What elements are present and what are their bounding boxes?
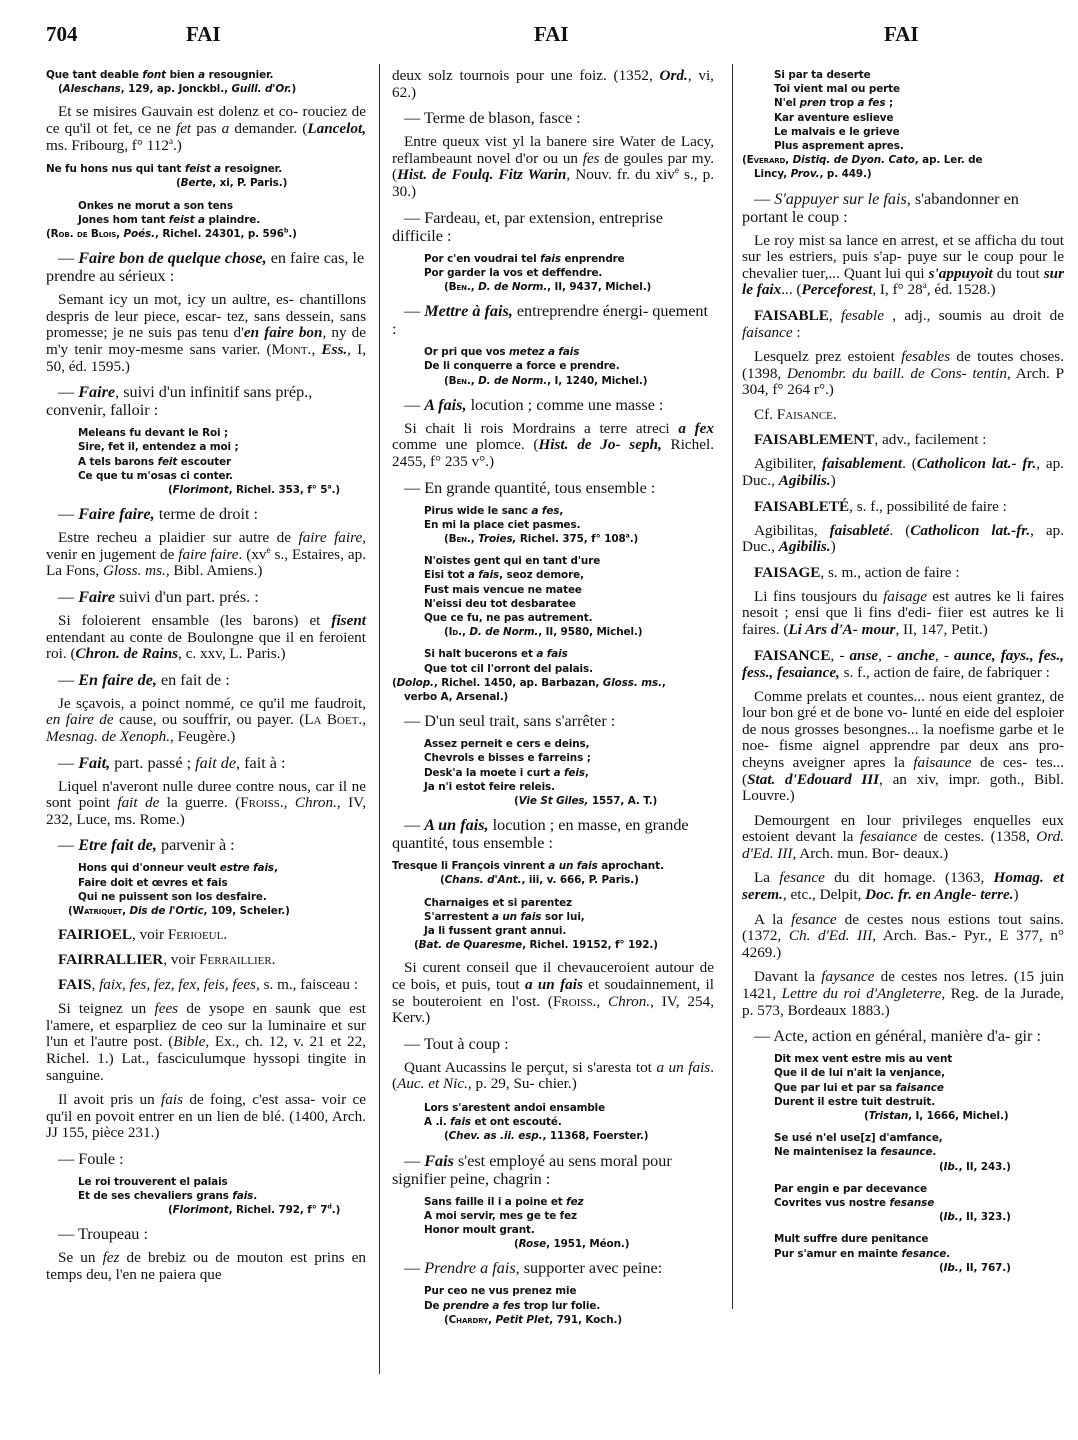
sense-heading: — Troupeau : (46, 1225, 366, 1243)
verse-line: Onkes ne morut a son tens (78, 199, 366, 213)
sense-heading: — En faire de, en fait de : (46, 671, 366, 689)
headword: FAIRRALLIER (58, 951, 163, 968)
verse-line: Que ce fu, ne pas autrement. (424, 611, 714, 625)
verse-line: Ne fu hons nus qui tant feist a resoigne… (46, 162, 366, 176)
verse-line: Durent il estre tuit destruit. (774, 1095, 1064, 1109)
sense-heading: — Terme de blason, fasce : (392, 109, 714, 127)
source-reference: (Chardry, Petit Plet, 791, Koch.) (424, 1313, 714, 1327)
verse-line: Eisi tot a fais, seoz demore, (424, 568, 714, 582)
verse-line: Dit mex vent estre mis au vent (774, 1052, 1064, 1066)
verse-quotation: Pur ceo ne vus prenez mieDe prendre a fe… (392, 1284, 714, 1327)
citation-paragraph: Quant Aucassins le perçut, si s'aresta t… (392, 1060, 714, 1093)
sense-heading: — Prendre a fais, supporter avec peine: (392, 1259, 714, 1277)
column-center: deux solz tournois pour une foiz. (1352,… (392, 68, 714, 1335)
sense-heading: — Faire, suivi d'un infinitif sans prép.… (46, 383, 366, 419)
verse-quotation: Se usé n'el use[z] d'amfance,Ne mainteni… (742, 1131, 1064, 1174)
verse-quotation: Ne fu hons nus qui tant feist a resoigne… (46, 162, 366, 190)
verse-quotation: Onkes ne morut a son tensJones hom tant … (46, 199, 366, 242)
citation-paragraph: Si curent conseil que il chevauceroient … (392, 960, 714, 1026)
dictionary-entry: FAISAGE, s. m., action de faire : (742, 564, 1064, 581)
verse-line: Que par lui et par sa faisance (774, 1081, 1064, 1095)
verse-line: S'arrestent a un fais sor lui, (424, 910, 714, 924)
verse-line: N'el pren trop a fes ; (774, 96, 1064, 110)
verse-line: Que il de lui n'ait la venjance, (774, 1066, 1064, 1080)
sense-heading: — S'appuyer sur le fais, s'abandonner en… (742, 190, 1064, 226)
verse-quotation: Par engin e par decevanceCovrites vus no… (742, 1182, 1064, 1225)
sense-heading: — Faire faire, terme de droit : (46, 505, 366, 523)
verse-line: Plus asprement apres. (774, 139, 1064, 153)
running-head-right: FAI (884, 22, 919, 47)
verse-line: Por garder la vos et deffendre. (424, 266, 714, 280)
verse-line: N'eissi deu tot desbaratee (424, 597, 714, 611)
verse-quotation: Charnaiges et si parentezS'arrestent a u… (392, 896, 714, 953)
verse-quotation: Pirus wide le sanc a fes,En mi la place … (392, 504, 714, 547)
source-reference: (Ben., Troies, Richel. 375, f° 108a.) (424, 532, 714, 546)
verse-line: Tresque li François vinrent a un fais ap… (392, 859, 714, 873)
verse-line: Ce que tu m'osas ci conter. (78, 469, 366, 483)
verse-line: Qui ne puissent son los desfaire. (78, 890, 366, 904)
column-divider (732, 64, 733, 1309)
verse-line: Meleans fu devant le Roi ; (78, 426, 366, 440)
running-head-center: FAI (534, 22, 569, 47)
verse-line: A moi servir, mes ge te fez (424, 1209, 714, 1223)
verse-quotation: Que tant deable font bien a resougnier.(… (46, 68, 366, 96)
verse-quotation: Si par ta deserteToi vient mal ou perteN… (742, 68, 1064, 182)
citation-paragraph: Cf. Faisance. (742, 407, 1064, 424)
verse-line: Kar aventure eslieve (774, 111, 1064, 125)
dictionary-entry: FAIS, faix, fes, fez, fex, feis, fees, s… (46, 976, 366, 993)
verse-line: De prendre a fes trop lur folie. (424, 1299, 714, 1313)
verse-quotation: Lors s'arestent andoi ensambleA .i. fais… (392, 1101, 714, 1144)
verse-line: Hons qui d'onneur veult estre fais, (78, 861, 366, 875)
source-reference: (Aleschans, 129, ap. Jonckbl., Guill. d'… (46, 82, 366, 96)
verse-line: A tels barons feit escouter (78, 455, 366, 469)
dictionary-entry: FAIRRALLIER, voir Ferraillier. (46, 951, 366, 968)
sense-heading: — Mettre à fais, entreprendre énergi- qu… (392, 302, 714, 338)
verse-quotation: Assez perneit e cers e deins,Chevrols e … (392, 737, 714, 808)
verse-line: Fust mais vencue ne matee (424, 583, 714, 597)
verse-quotation: Mult suffre dure penitancePur s'amur en … (742, 1232, 1064, 1275)
source-reference: (Bat. de Quaresme, Richel. 19152, f° 192… (414, 938, 714, 952)
source-reference: (Id., D. de Norm., II, 9580, Michel.) (424, 625, 714, 639)
verse-line: Or pri que vos metez a fais (424, 345, 714, 359)
column-left: Que tant deable font bien a resougnier.(… (46, 68, 366, 1292)
verse-line: Le malvais e le grieve (774, 125, 1064, 139)
verse-line: Desk'a la moete i curt a feis, (424, 766, 714, 780)
verse-quotation: Meleans fu devant le Roi ;Sire, fet il, … (46, 426, 366, 497)
headword: FAISANCE (754, 647, 831, 664)
verse-line: Si halt bucerons et a fais (424, 647, 714, 661)
sense-heading: — Acte, action en général, manière d'a- … (742, 1027, 1064, 1045)
dictionary-entry: FAISABLETÉ, s. f., possibilité de faire … (742, 498, 1064, 515)
verse-line: Por c'en voudrai tel fais enprendre (424, 252, 714, 266)
source-reference: (Rob. de Blois, Poés., Richel. 24301, p.… (46, 227, 366, 241)
verse-quotation: Tresque li François vinrent a un fais ap… (392, 859, 714, 887)
headword: FAISABLE (754, 307, 829, 324)
verse-line: Chevrols e bisses e farreins ; (424, 751, 714, 765)
verse-quotation: Sans faille il i a poine et fezA moi ser… (392, 1195, 714, 1252)
verse-quotation: Or pri que vos metez a faisDe li conquer… (392, 345, 714, 388)
citation-paragraph: Semant icy un mot, icy un aultre, es- ch… (46, 292, 366, 375)
sense-heading: — Fardeau, et, par extension, entreprise… (392, 209, 714, 245)
citation-paragraph: Se un fez de brebiz ou de mouton est pri… (46, 1250, 366, 1283)
verse-line: A .i. fais et ont escouté. (424, 1115, 714, 1129)
citation-paragraph: Lesquelz prez estoient fesables de toute… (742, 349, 1064, 399)
source-reference: (Ben., D. de Norm., II, 9437, Michel.) (424, 280, 714, 294)
source-reference: (Chev. as .ii. esp., 11368, Foerster.) (424, 1129, 714, 1143)
verse-line: Pirus wide le sanc a fes, (424, 504, 714, 518)
citation-paragraph: Je sçavois, a poinct nommé, ce qu'il me … (46, 696, 366, 746)
source-reference: (Tristan, I, 1666, Michel.) (774, 1109, 1064, 1123)
verse-line: Si par ta deserte (774, 68, 1064, 82)
citation-paragraph: La fesance du dit homage. (1363, Homag. … (742, 870, 1064, 903)
sense-heading: — Faire bon de quelque chose, en faire c… (46, 249, 366, 285)
citation-paragraph: Entre queux vist yl la banere sire Water… (392, 134, 714, 200)
verse-quotation: Hons qui d'onneur veult estre fais,Faire… (46, 861, 366, 918)
verse-line: Pur ceo ne vus prenez mie (424, 1284, 714, 1298)
sense-heading: — A un fais, locution ; en masse, en gra… (392, 816, 714, 852)
citation-paragraph: Estre recheu a plaidier sur autre de fai… (46, 530, 366, 580)
sense-heading: — Foule : (46, 1150, 366, 1168)
verse-quotation: Le roi trouverent el palaisEt de ses che… (46, 1175, 366, 1218)
source-reference: (Ben., D. de Norm., I, 1240, Michel.) (424, 374, 714, 388)
verse-line: Ne maintenisez la fesaunce. (774, 1145, 1064, 1159)
source-reference: (Ib., II, 323.) (774, 1210, 1064, 1224)
sense-heading: — Fais s'est employé au sens moral pour … (392, 1152, 714, 1188)
verse-line: N'oistes gent qui en tant d'ure (424, 554, 714, 568)
dictionary-entry: FAISABLEMENT, adv., facilement : (742, 431, 1064, 448)
sense-heading: — Tout à coup : (392, 1035, 714, 1053)
source-reference: (Ib., II, 767.) (774, 1261, 1064, 1275)
verse-line: Se usé n'el use[z] d'amfance, (774, 1131, 1064, 1145)
headword: FAISABLETÉ (754, 498, 849, 515)
verse-line: En mi la place ciet pasmes. (424, 518, 714, 532)
verse-line: Que tot cil l'orront del palais. (424, 662, 714, 676)
source-reference: (Berte, xi, P. Paris.) (46, 176, 366, 190)
verse-line: Assez perneit e cers e deins, (424, 737, 714, 751)
verse-line: Sire, fet il, entendez a moi ; (78, 440, 366, 454)
citation-paragraph: Si chait li rois Mordrains a terre atrec… (392, 421, 714, 471)
headword: FAISABLEMENT (754, 431, 874, 448)
column-right: Si par ta deserteToi vient mal ou perteN… (742, 68, 1064, 1283)
verse-line: Covrites vus nostre fesanse (774, 1196, 1064, 1210)
source-reference: (Everard, Distiq. de Dyon. Cato, ap. Ler… (742, 153, 1064, 167)
citation-paragraph: deux solz tournois pour une foiz. (1352,… (392, 68, 714, 101)
citation-paragraph: Li fins tousjours du faisage est autres … (742, 589, 1064, 639)
source-reference: (Dolop., Richel. 1450, ap. Barbazan, Glo… (392, 676, 714, 690)
citation-paragraph: Il avoit pris un fais de foing, c'est as… (46, 1092, 366, 1142)
citation-paragraph: Demourgent en lour privileges enquelles … (742, 813, 1064, 863)
citation-paragraph: Liquel n'averont nulle duree contre nous… (46, 779, 366, 829)
verse-line: Lors s'arestent andoi ensamble (424, 1101, 714, 1115)
source-reference: Lincy, Prov., p. 449.) (754, 167, 1064, 181)
citation-paragraph: Agibiliter, faisablement. (Catholicon la… (742, 456, 1064, 489)
verse-line: Jones hom tant feist a plaindre. (78, 213, 366, 227)
verse-line: Et de ses chevaliers grans fais. (78, 1189, 366, 1203)
source-reference: verbo A, Arsenal.) (404, 690, 714, 704)
sense-heading: — Fait, part. passé ; fait de, fait à : (46, 754, 366, 772)
running-head-left: FAI (186, 22, 221, 47)
citation-paragraph: Agibilitas, faisableté. (Catholicon lat.… (742, 523, 1064, 556)
dictionary-entry: FAISANCE, - anse, - anche, - aunce, fays… (742, 647, 1064, 681)
verse-line: Charnaiges et si parentez (424, 896, 714, 910)
verse-quotation: N'oistes gent qui en tant d'ureEisi tot … (392, 554, 714, 639)
sense-heading: — En grande quantité, tous ensemble : (392, 479, 714, 497)
citation-paragraph: A la fesance de cestes nous estions tout… (742, 912, 1064, 962)
headword: FAIRIOEL (58, 926, 132, 943)
sense-heading: — Faire suivi d'un part. prés. : (46, 588, 366, 606)
verse-line: Ja li fussent grant annui. (424, 924, 714, 938)
verse-line: De li conquerre a force e prendre. (424, 359, 714, 373)
verse-line: Toi vient mal ou perte (774, 82, 1064, 96)
citation-paragraph: Et se misires Gauvain est dolenz et co- … (46, 104, 366, 154)
headword: FAISAGE (754, 564, 820, 581)
verse-line: Le roi trouverent el palais (78, 1175, 366, 1189)
verse-quotation: Por c'en voudrai tel fais enprendrePor g… (392, 252, 714, 295)
verse-line: Honor moult grant. (424, 1223, 714, 1237)
source-reference: (Vie St Giles, 1557, A. T.) (424, 794, 714, 808)
verse-quotation: Si halt bucerons et a faisQue tot cil l'… (392, 647, 714, 704)
citation-paragraph: Davant la faysance de cestes nos letres.… (742, 969, 1064, 1019)
verse-line: Ja n'i estot feire releis. (424, 780, 714, 794)
citation-paragraph: Comme prelats et countes... nous eient g… (742, 689, 1064, 805)
source-reference: (Watriquet, Dis de l'Ortic, 109, Scheler… (68, 904, 366, 918)
dictionary-entry: FAIRIOEL, voir Ferioeul. (46, 926, 366, 943)
column-divider (379, 64, 380, 1374)
sense-heading: — A fais, locution ; comme une masse : (392, 396, 714, 414)
dictionary-entry: FAISABLE, fesable , adj., soumis au droi… (742, 307, 1064, 341)
sense-heading: — D'un seul trait, sans s'arrêter : (392, 712, 714, 730)
page-number: 704 (46, 22, 78, 47)
verse-line: Pur s'amur en mainte fesance. (774, 1247, 1064, 1261)
verse-line: Par engin e par decevance (774, 1182, 1064, 1196)
citation-paragraph: Le roy mist sa lance en arrest, et se af… (742, 233, 1064, 299)
sense-heading: — Etre fait de, parvenir à : (46, 836, 366, 854)
verse-line: Que tant deable font bien a resougnier. (46, 68, 366, 82)
citation-paragraph: Si teignez un fees de ysope en saunk que… (46, 1001, 366, 1084)
verse-quotation: Dit mex vent estre mis au ventQue il de … (742, 1052, 1064, 1123)
source-reference: (Ib., II, 243.) (774, 1160, 1064, 1174)
source-reference: (Rose, 1951, Méon.) (424, 1237, 714, 1251)
headword: FAIS (58, 976, 91, 993)
source-reference: (Florimont, Richel. 353, f° 5a.) (78, 483, 366, 497)
verse-line: Faire doit et œvres et fais (78, 876, 366, 890)
source-reference: (Chans. d'Ant., iii, v. 666, P. Paris.) (392, 873, 714, 887)
verse-line: Mult suffre dure penitance (774, 1232, 1064, 1246)
source-reference: (Florimont, Richel. 792, f° 7d.) (78, 1203, 366, 1217)
citation-paragraph: Si foloierent ensamble (les barons) et f… (46, 613, 366, 663)
verse-line: Sans faille il i a poine et fez (424, 1195, 714, 1209)
